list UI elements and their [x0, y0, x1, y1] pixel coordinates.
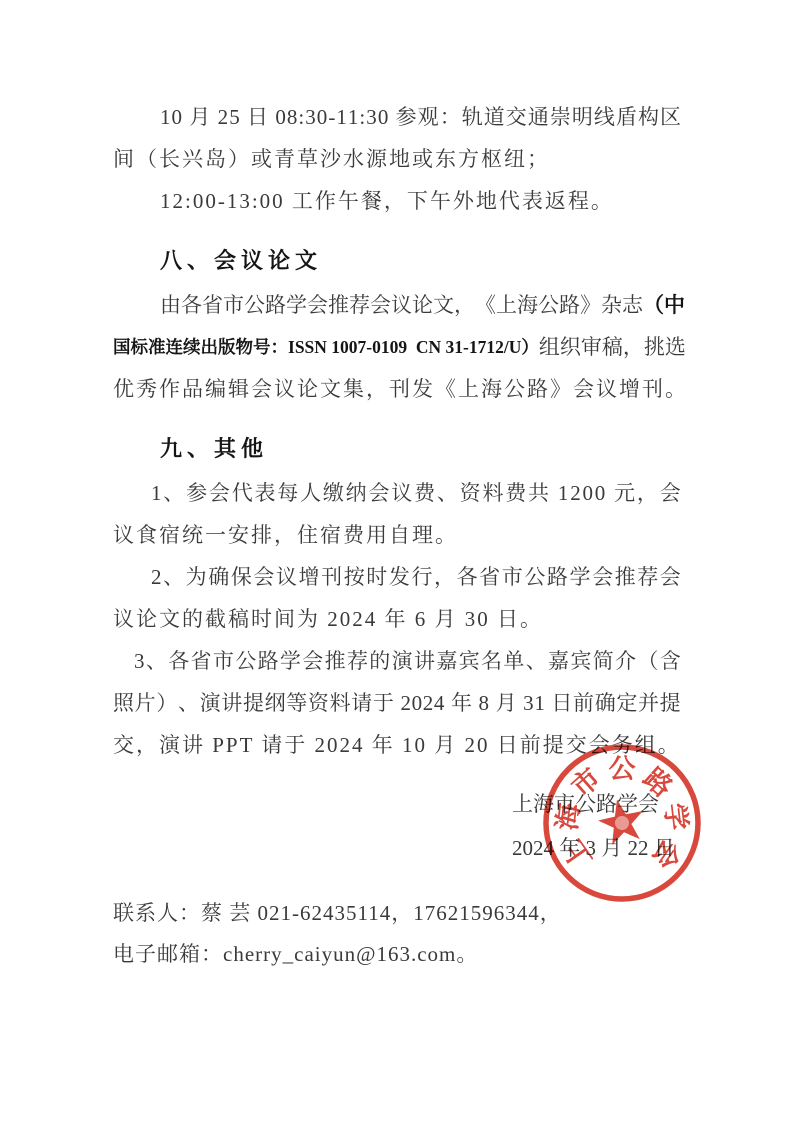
document-line: 1、参会代表每人缴纳会议费、资料费共 1200 元，会 — [113, 472, 681, 514]
document-line: 优秀作品编辑会议论文集，刊发《上海公路》会议增刊。 — [113, 368, 681, 410]
signature-date: 2024 年 3 月 22 日 — [512, 826, 675, 870]
document-body: 10 月 25 日 08:30-11:30 参观：轨道交通崇明线盾构区间（长兴岛… — [113, 96, 681, 766]
document-line: 议食宿统一安排，住宿费用自理。 — [113, 514, 681, 556]
document-line: 由各省市公路学会推荐会议论文，《上海公路》杂志（中 — [113, 284, 681, 326]
section-heading: 九、其他 — [113, 428, 681, 470]
document-line: 2、为确保会议增刊按时发行，各省市公路学会推荐会 — [113, 556, 681, 598]
document-line: 3、各省市公路学会推荐的演讲嘉宾名单、嘉宾简介（含 — [113, 640, 681, 682]
document-page: 10 月 25 日 08:30-11:30 参观：轨道交通崇明线盾构区间（长兴岛… — [0, 0, 794, 1123]
document-line: 议论文的截稿时间为 2024 年 6 月 30 日。 — [113, 598, 681, 640]
contact-email: 电子邮箱：cherry_caiyun@163.com。 — [113, 934, 562, 975]
signature-block: 上海市公路学会 2024 年 3 月 22 日 — [512, 782, 675, 870]
document-line: 交，演讲 PPT 请于 2024 年 10 月 20 日前提交会务组。 — [113, 724, 681, 766]
section-heading: 八、会议论文 — [113, 240, 681, 282]
document-line: 12:00-13:00 工作午餐，下午外地代表返程。 — [113, 180, 681, 222]
document-line: 国标准连续出版物号：ISSN 1007-0109 CN 31-1712/U）组织… — [113, 326, 681, 368]
document-line: 间（长兴岛）或青草沙水源地或东方枢纽； — [113, 138, 681, 180]
contact-block: 联系人：蔡 芸 021-62435114，17621596344， 电子邮箱：c… — [113, 893, 562, 975]
signature-org: 上海市公路学会 — [512, 782, 675, 826]
contact-person: 联系人：蔡 芸 021-62435114，17621596344， — [113, 893, 562, 934]
document-line: 照片）、演讲提纲等资料请于 2024 年 8 月 31 日前确定并提 — [113, 682, 681, 724]
document-line: 10 月 25 日 08:30-11:30 参观：轨道交通崇明线盾构区 — [113, 96, 681, 138]
